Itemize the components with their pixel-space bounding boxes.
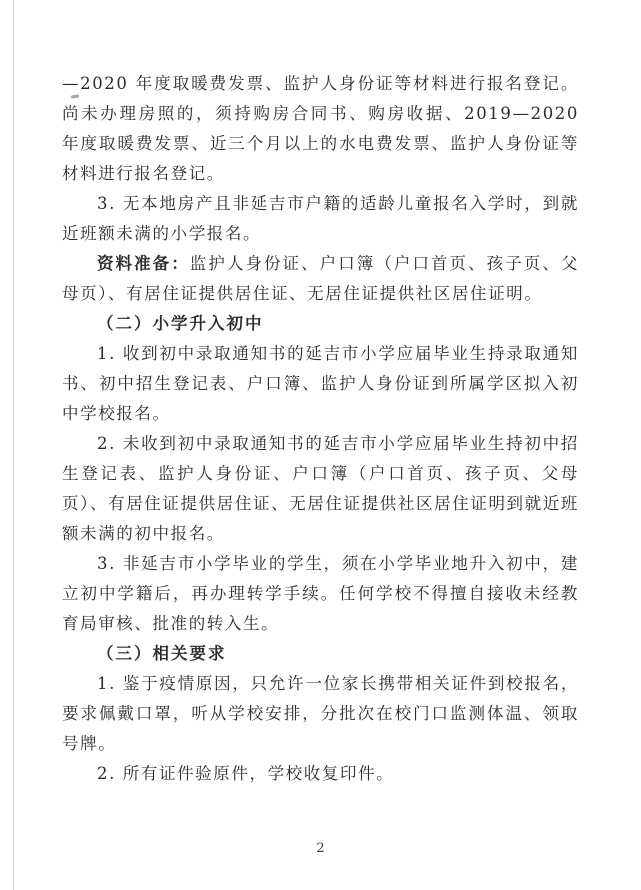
paragraph-bold-lead: 资料准备： xyxy=(97,254,190,273)
body-paragraph: 2. 未收到初中录取通知书的延吉市小学应届毕业生持初中招生登记表、监护人身份证、… xyxy=(62,429,579,549)
body-paragraph: 2. 所有证件验原件，学校收复印件。 xyxy=(62,759,579,789)
body-paragraph: 1. 收到初中录取通知书的延吉市小学应届毕业生持录取通知书、初中招生登记表、户口… xyxy=(62,339,579,429)
document-page: —2020 年度取暖费发票、监护人身份证等材料进行报名登记。尚未办理房照的，须持… xyxy=(0,0,641,890)
section-heading: （二）小学升入初中 xyxy=(62,309,579,339)
body-paragraph: —2020 年度取暖费发票、监护人身份证等材料进行报名登记。尚未办理房照的，须持… xyxy=(62,69,579,189)
page-body-text: —2020 年度取暖费发票、监护人身份证等材料进行报名登记。尚未办理房照的，须持… xyxy=(62,69,579,789)
body-paragraph: 3. 非延吉市小学毕业的学生，须在小学毕业地升入初中，建立初中学籍后，再办理转学… xyxy=(62,549,579,639)
section-heading: （三）相关要求 xyxy=(62,639,579,669)
scan-artifact-left-line xyxy=(13,0,14,890)
body-paragraph: 1. 鉴于疫情原因，只允许一位家长携带相关证件到校报名，要求佩戴口罩，听从学校安… xyxy=(62,669,579,759)
page-footer: 2 xyxy=(0,837,641,856)
body-paragraph: 资料准备：监护人身份证、户口簿（户口首页、孩子页、父母页）、有居住证提供居住证、… xyxy=(62,249,579,309)
page-number: 2 xyxy=(316,841,324,856)
body-paragraph: 3. 无本地房产且非延吉市户籍的适龄儿童报名入学时，到就近班额未满的小学报名。 xyxy=(62,189,579,249)
